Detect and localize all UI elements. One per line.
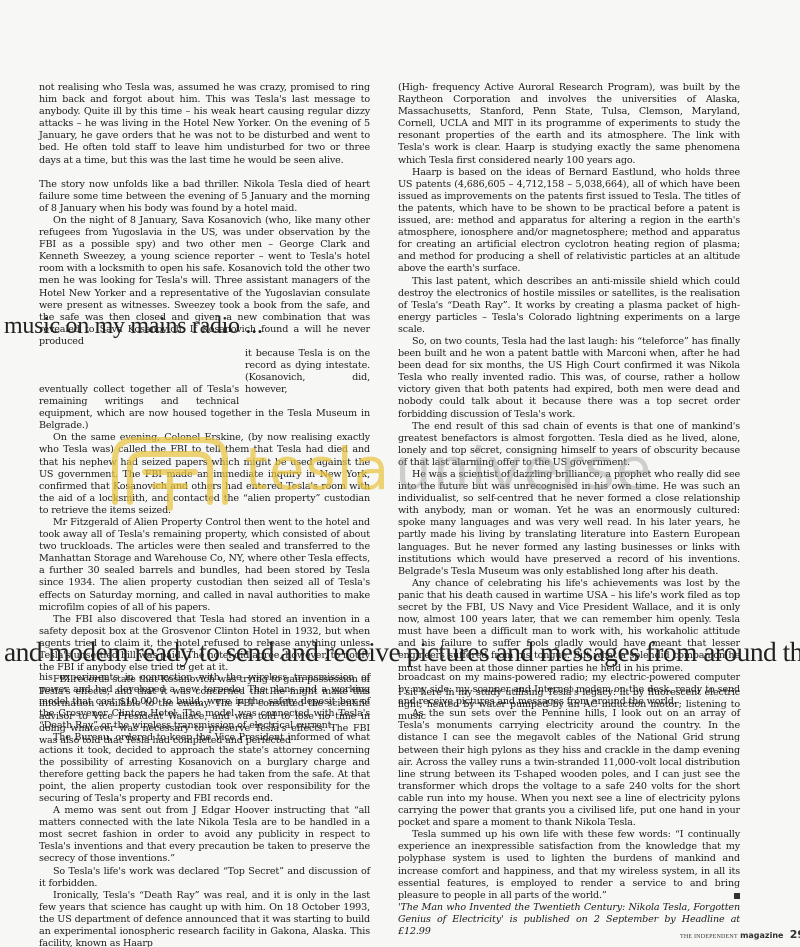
page-number: 29 <box>790 928 800 941</box>
paragraph: his experiments in connection with the w… <box>39 672 370 732</box>
column-2-bottom: broadcast on my mains-powered radio; my … <box>398 672 740 938</box>
magazine-page: not realising who Tesla was, assumed he … <box>0 0 800 947</box>
paragraph: Ironically, Tesla's “Death Ray” was real… <box>39 890 370 947</box>
pull-quote-wrap-text: it because Tesla is on the record as dyi… <box>245 348 370 396</box>
paragraph: On the same evening, Colonel Erskine, (b… <box>39 432 370 517</box>
paragraph: This last patent, which describes an ant… <box>398 276 740 336</box>
end-of-article-square-icon <box>734 893 740 899</box>
paragraph: As the sun sets over the Pennine hills, … <box>398 708 740 829</box>
paragraph: The story now unfolds like a bad thrille… <box>39 179 370 215</box>
publication-name: THE INDEPENDENT <box>680 934 738 940</box>
column-2-top: (High- frequency Active Auroral Research… <box>398 82 740 723</box>
paragraph-wrap: it because Tesla is on the record as dyi… <box>39 348 370 384</box>
paragraph: broadcast on my mains-powered radio; my … <box>398 672 740 708</box>
paragraph: (High- frequency Active Auroral Research… <box>398 82 740 167</box>
paragraph: So, on two counts, Tesla had the last la… <box>398 336 740 421</box>
paragraph: The Bureau, ordered to keep the Vice Pre… <box>39 732 370 805</box>
paragraph: So Tesla's life's work was declared “Top… <box>39 866 370 890</box>
paragraph-closing-quote: Tesla summed up his own life with these … <box>398 829 740 902</box>
paragraph: The end result of this sad chain of even… <box>398 421 740 469</box>
pull-quote-modem: and modem ready to send and receive pict… <box>4 636 800 668</box>
page-footer: THE INDEPENDENT magazine 29 <box>680 928 800 941</box>
paragraph: Haarp is based on the ideas of Bernard E… <box>398 167 740 276</box>
column-1-bottom: his experiments in connection with the w… <box>39 672 370 947</box>
paragraph: He was a scientist of dazzling brillianc… <box>398 469 740 578</box>
paragraph: Mr Fitzgerald of Alien Property Control … <box>39 517 370 614</box>
pull-quote-music: music on my mains radio ... <box>4 313 263 340</box>
closing-quote-text: Tesla summed up his own life with these … <box>398 829 740 900</box>
section-name: magazine <box>740 931 783 940</box>
paragraph: A memo was sent out from J Edgar Hoover … <box>39 805 370 865</box>
paragraph: not realising who Tesla was, assumed he … <box>39 82 370 167</box>
